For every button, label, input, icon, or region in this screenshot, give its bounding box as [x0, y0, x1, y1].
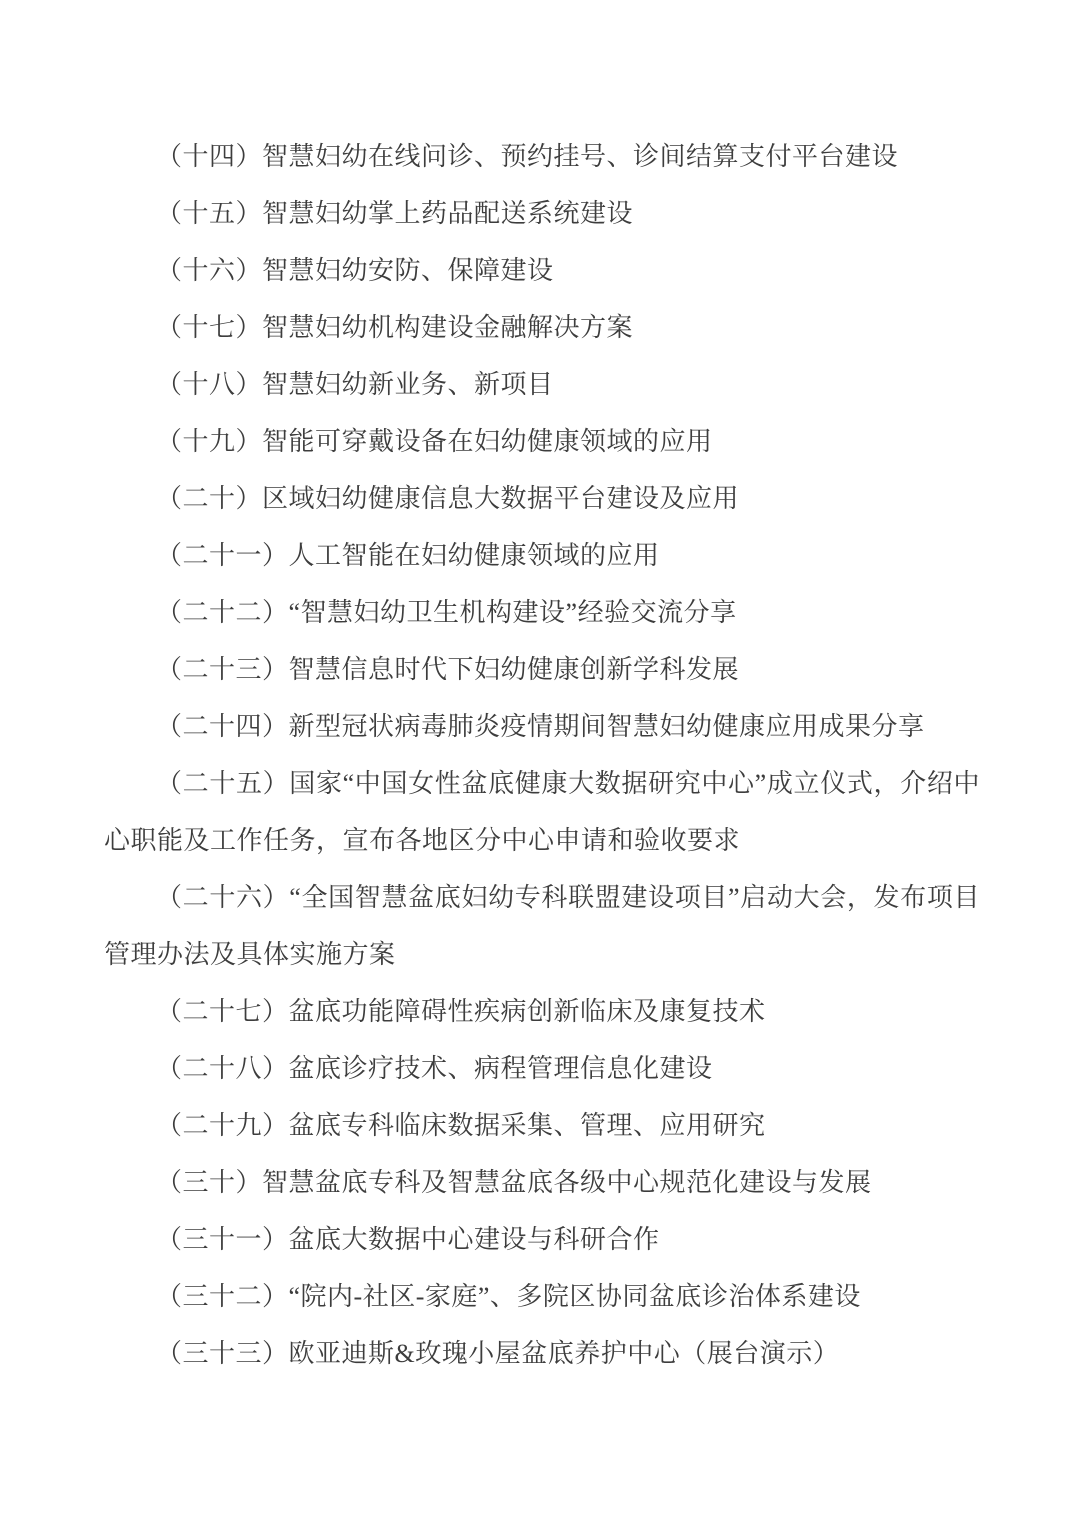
agenda-item-30: （三十）智慧盆底专科及智慧盆底各级中心规范化建设与发展 [104, 1154, 980, 1211]
agenda-item-23: （二十三）智慧信息时代下妇幼健康创新学科发展 [104, 641, 980, 698]
agenda-item-33: （三十三）欧亚迪斯&玫瑰小屋盆底养护中心（展台演示） [104, 1325, 980, 1382]
agenda-item-31: （三十一）盆底大数据中心建设与科研合作 [104, 1211, 980, 1268]
agenda-item-14: （十四）智慧妇幼在线问诊、预约挂号、诊间结算支付平台建设 [104, 128, 980, 185]
agenda-item-25: （二十五）国家“中国女性盆底健康大数据研究中心”成立仪式，介绍中心职能及工作任务… [104, 755, 980, 869]
agenda-item-26: （二十六）“全国智慧盆底妇幼专科联盟建设项目”启动大会，发布项目管理办法及具体实… [104, 869, 980, 983]
agenda-item-15: （十五）智慧妇幼掌上药品配送系统建设 [104, 185, 980, 242]
agenda-item-24: （二十四）新型冠状病毒肺炎疫情期间智慧妇幼健康应用成果分享 [104, 698, 980, 755]
agenda-item-20: （二十）区域妇幼健康信息大数据平台建设及应用 [104, 470, 980, 527]
agenda-item-22: （二十二）“智慧妇幼卫生机构建设”经验交流分享 [104, 584, 980, 641]
agenda-item-27: （二十七）盆底功能障碍性疾病创新临床及康复技术 [104, 983, 980, 1040]
agenda-item-29: （二十九）盆底专科临床数据采集、管理、应用研究 [104, 1097, 980, 1154]
agenda-item-32: （三十二）“院内-社区-家庭”、多院区协同盆底诊治体系建设 [104, 1268, 980, 1325]
agenda-item-21: （二十一）人工智能在妇幼健康领域的应用 [104, 527, 980, 584]
agenda-item-18: （十八）智慧妇幼新业务、新项目 [104, 356, 980, 413]
agenda-item-16: （十六）智慧妇幼安防、保障建设 [104, 242, 980, 299]
agenda-list: （十四）智慧妇幼在线问诊、预约挂号、诊间结算支付平台建设 （十五）智慧妇幼掌上药… [104, 128, 980, 1382]
document-page: （十四）智慧妇幼在线问诊、预约挂号、诊间结算支付平台建设 （十五）智慧妇幼掌上药… [0, 0, 1080, 1527]
agenda-item-17: （十七）智慧妇幼机构建设金融解决方案 [104, 299, 980, 356]
agenda-item-28: （二十八）盆底诊疗技术、病程管理信息化建设 [104, 1040, 980, 1097]
agenda-item-19: （十九）智能可穿戴设备在妇幼健康领域的应用 [104, 413, 980, 470]
